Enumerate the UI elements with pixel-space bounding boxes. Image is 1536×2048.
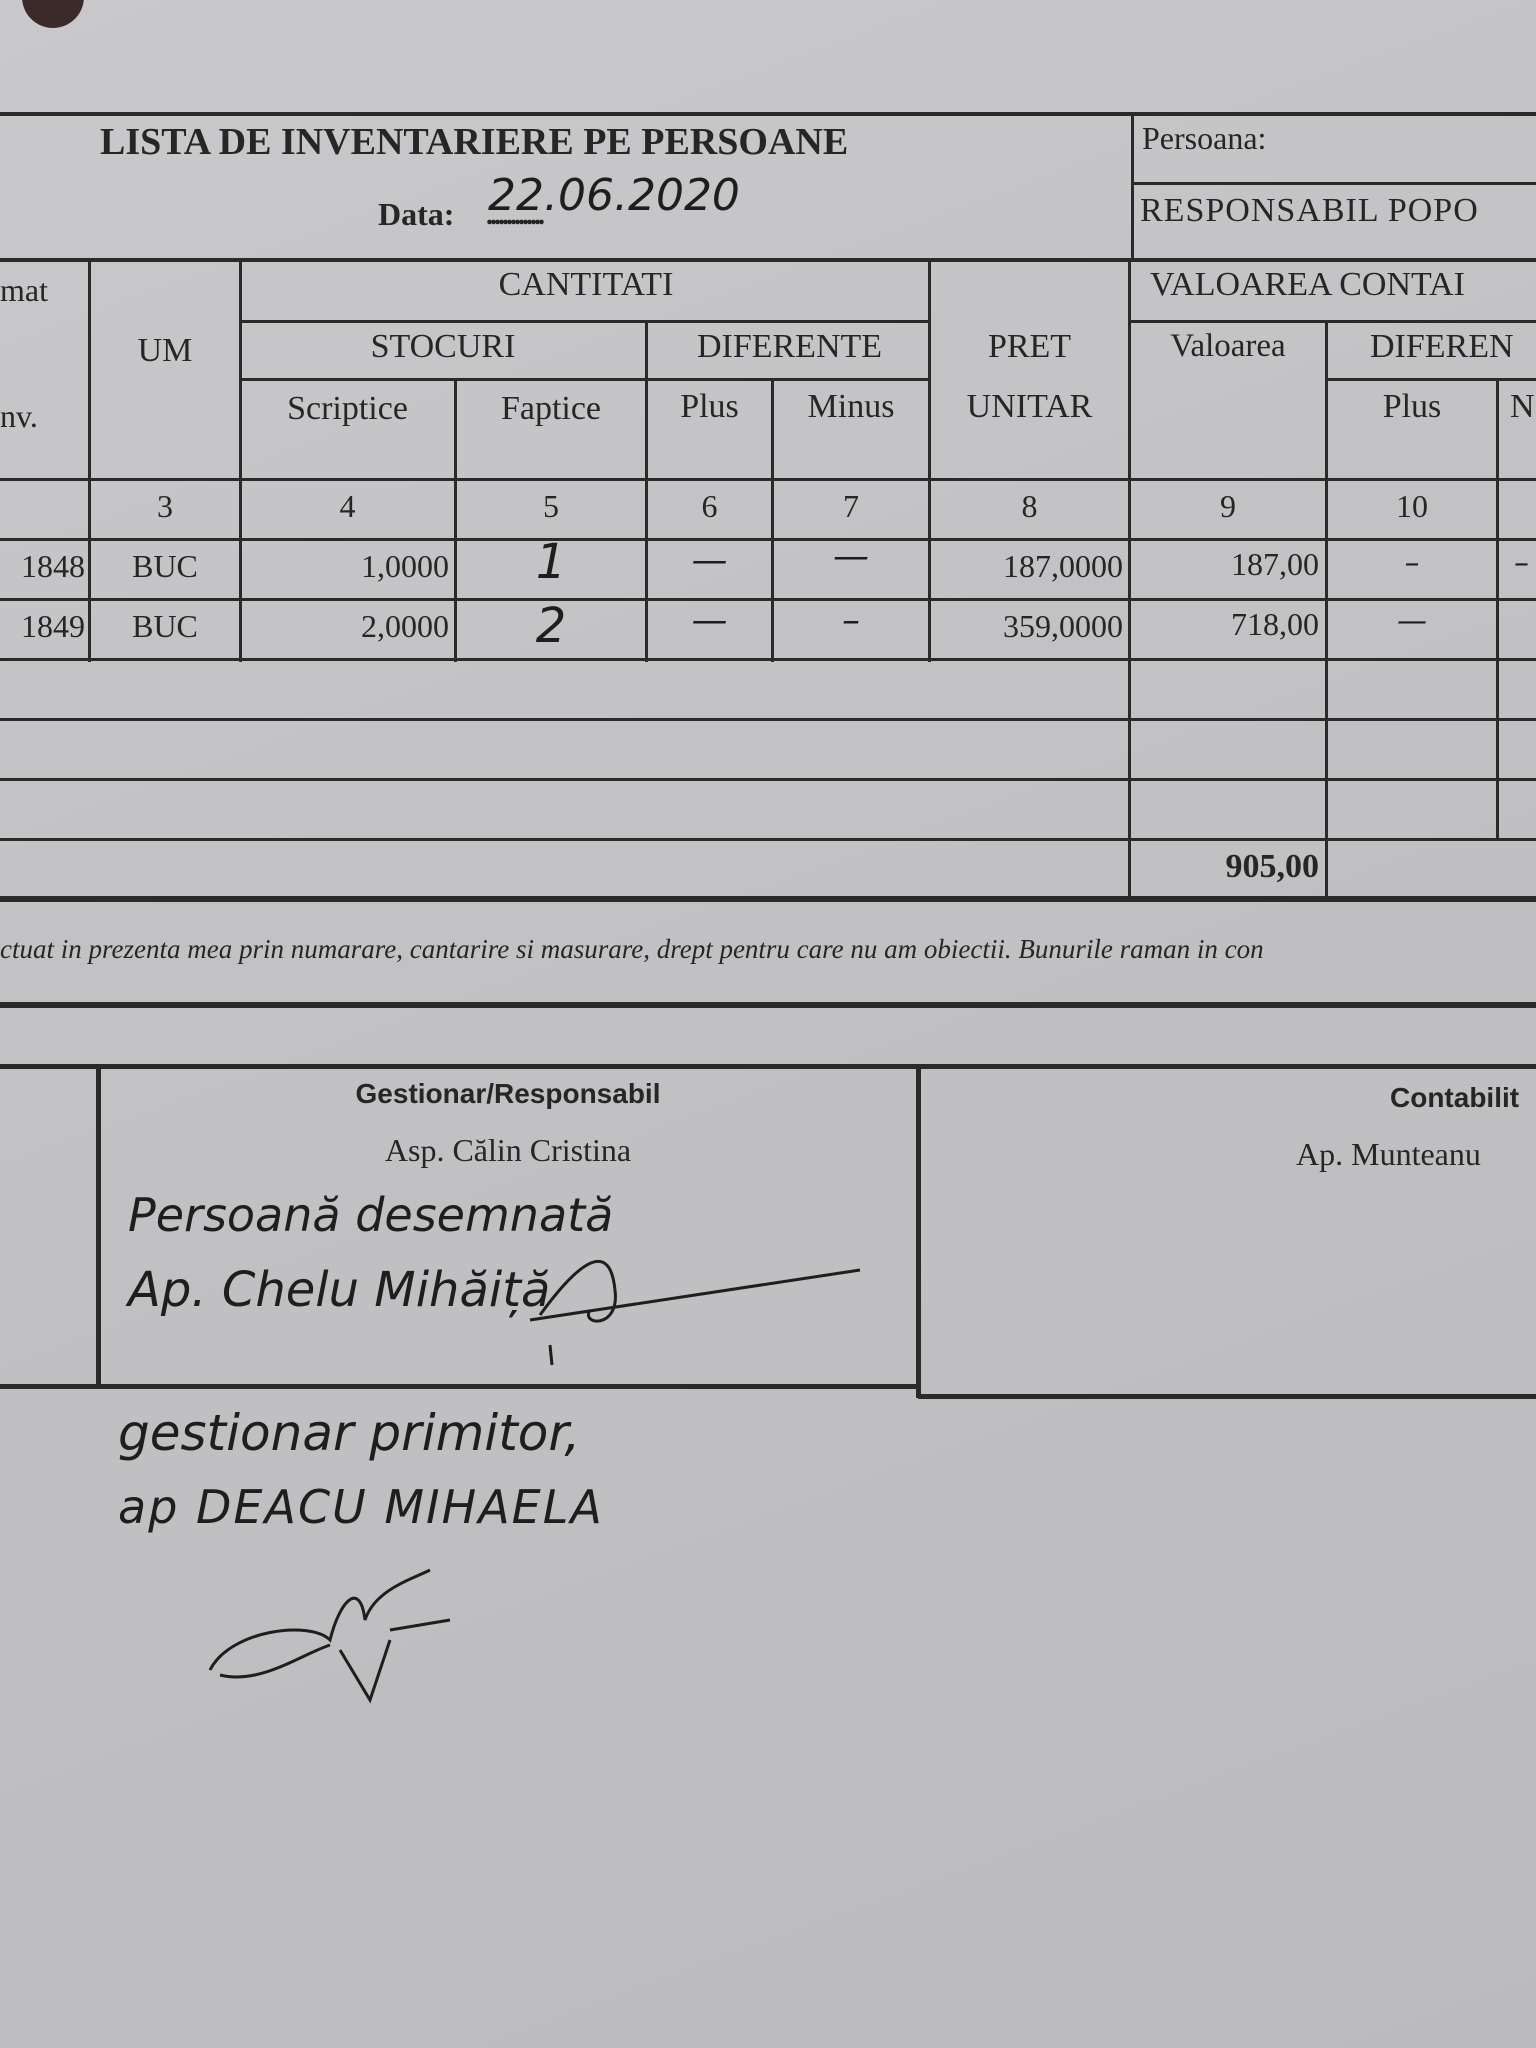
table-bottom-rule — [0, 896, 1536, 902]
cell-minus: – — [774, 600, 928, 641]
col-header-scriptice: Scriptice — [241, 390, 454, 428]
punch-hole — [22, 0, 84, 28]
col-header-cantitati: CANTITATI — [241, 266, 931, 304]
grid-v — [1496, 380, 1499, 840]
col-header-plus: Plus — [648, 388, 771, 426]
cell-dif-plus: — — [1328, 604, 1496, 639]
person-rule — [1131, 182, 1536, 185]
signature-bottom-rule — [0, 1384, 920, 1389]
grid-v — [88, 262, 91, 662]
cell-um: BUC — [91, 608, 239, 645]
grid-h — [1131, 320, 1536, 323]
grid-h — [241, 320, 931, 323]
col-header-um: UM — [91, 332, 239, 370]
person-value: RESPONSABIL POPO — [1140, 192, 1479, 230]
col-header-pret: PRET — [931, 328, 1128, 366]
col-number: 4 — [241, 488, 454, 525]
grid-h — [241, 378, 931, 381]
cell-plus: — — [648, 540, 771, 581]
col-number: 6 — [648, 488, 771, 525]
handwritten-receiver-name: ap DEACU MIHAELA — [118, 1480, 604, 1534]
cell-faptice: 1 — [457, 534, 645, 590]
cell-scriptice: 2,0000 — [241, 608, 449, 645]
grid-h — [0, 718, 1536, 721]
signature-scribble — [520, 1220, 880, 1370]
grid-h — [0, 838, 1536, 841]
col-header-faptice: Faptice — [457, 390, 645, 428]
col-number: 9 — [1131, 488, 1325, 525]
document-title: LISTA DE INVENTARIERE PE PERSOANE — [100, 120, 848, 164]
handwritten-designated-name: Ap. Chelu Mihăiță — [128, 1262, 550, 1318]
col-header-plus-valoric: Plus — [1328, 388, 1496, 426]
col-header-valoarea-contabila: VALOAREA CONTAI — [1150, 266, 1465, 304]
col-header-unitar: UNITAR — [931, 388, 1128, 426]
grid-h — [0, 658, 1536, 661]
cell-minus: — — [774, 536, 928, 577]
signature-divider — [916, 1068, 921, 1398]
gestionar-label: Gestionar/Responsabil — [100, 1078, 916, 1110]
col-header-stocuri: STOCURI — [241, 328, 645, 366]
cell-dif-plus: – — [1328, 546, 1496, 581]
col-header-valoarea: Valoarea — [1131, 328, 1325, 365]
date-value: 22.06.2020 — [488, 170, 740, 221]
cell-um: BUC — [91, 548, 239, 585]
handwritten-receiver-title: gestionar primitor, — [118, 1404, 580, 1462]
statement-text: ctuat in prezenta mea prin numarare, can… — [0, 934, 1264, 965]
col-number: 5 — [457, 488, 645, 525]
grid-h — [0, 778, 1536, 781]
cell-plus: — — [648, 600, 771, 641]
signature-divider — [96, 1068, 101, 1388]
statement-rule — [0, 1002, 1536, 1008]
col-header-minus: Minus — [774, 388, 928, 426]
person-label: Persoana: — [1142, 120, 1266, 157]
contabil-label: Contabilit — [1390, 1082, 1519, 1114]
cell-valoare: 718,00 — [1131, 606, 1319, 643]
col-header-diferente-valoric: DIFEREN — [1370, 328, 1514, 366]
gestionar-name: Asp. Călin Cristina — [100, 1132, 916, 1169]
date-label: Data: — [378, 196, 454, 233]
signature-bottom-rule — [918, 1394, 1536, 1399]
cell-nr-inv: 1849 — [0, 608, 85, 645]
cell-valoare: 187,00 — [1131, 546, 1319, 583]
header-top-rule — [0, 112, 1536, 116]
col-number: 8 — [931, 488, 1128, 525]
col-header-diferente: DIFERENTE — [648, 328, 931, 366]
grid-h — [1328, 378, 1536, 381]
col-header-minus-valoric: N — [1510, 388, 1535, 426]
receiver-signature — [190, 1560, 520, 1710]
cell-scriptice: 1,0000 — [241, 548, 449, 585]
col-number: 3 — [91, 488, 239, 525]
col-number: 10 — [1328, 488, 1496, 525]
cell-pret: 187,0000 — [931, 548, 1123, 585]
col-header-partial: nv. — [0, 398, 38, 435]
col-number: 7 — [774, 488, 928, 525]
col-header-partial: mat — [0, 272, 48, 309]
cell-faptice: 2 — [457, 598, 645, 654]
total-value: 905,00 — [1131, 848, 1319, 886]
cell-nr-inv: 1848 — [0, 548, 85, 585]
cell-dif-minus: – — [1514, 546, 1529, 581]
header-divider — [1131, 112, 1134, 262]
cell-pret: 359,0000 — [931, 608, 1123, 645]
header-bottom-rule — [0, 258, 1536, 262]
grid-h — [0, 478, 1536, 481]
contabil-name: Ap. Munteanu — [1296, 1136, 1481, 1173]
signature-top-rule — [0, 1064, 1536, 1069]
